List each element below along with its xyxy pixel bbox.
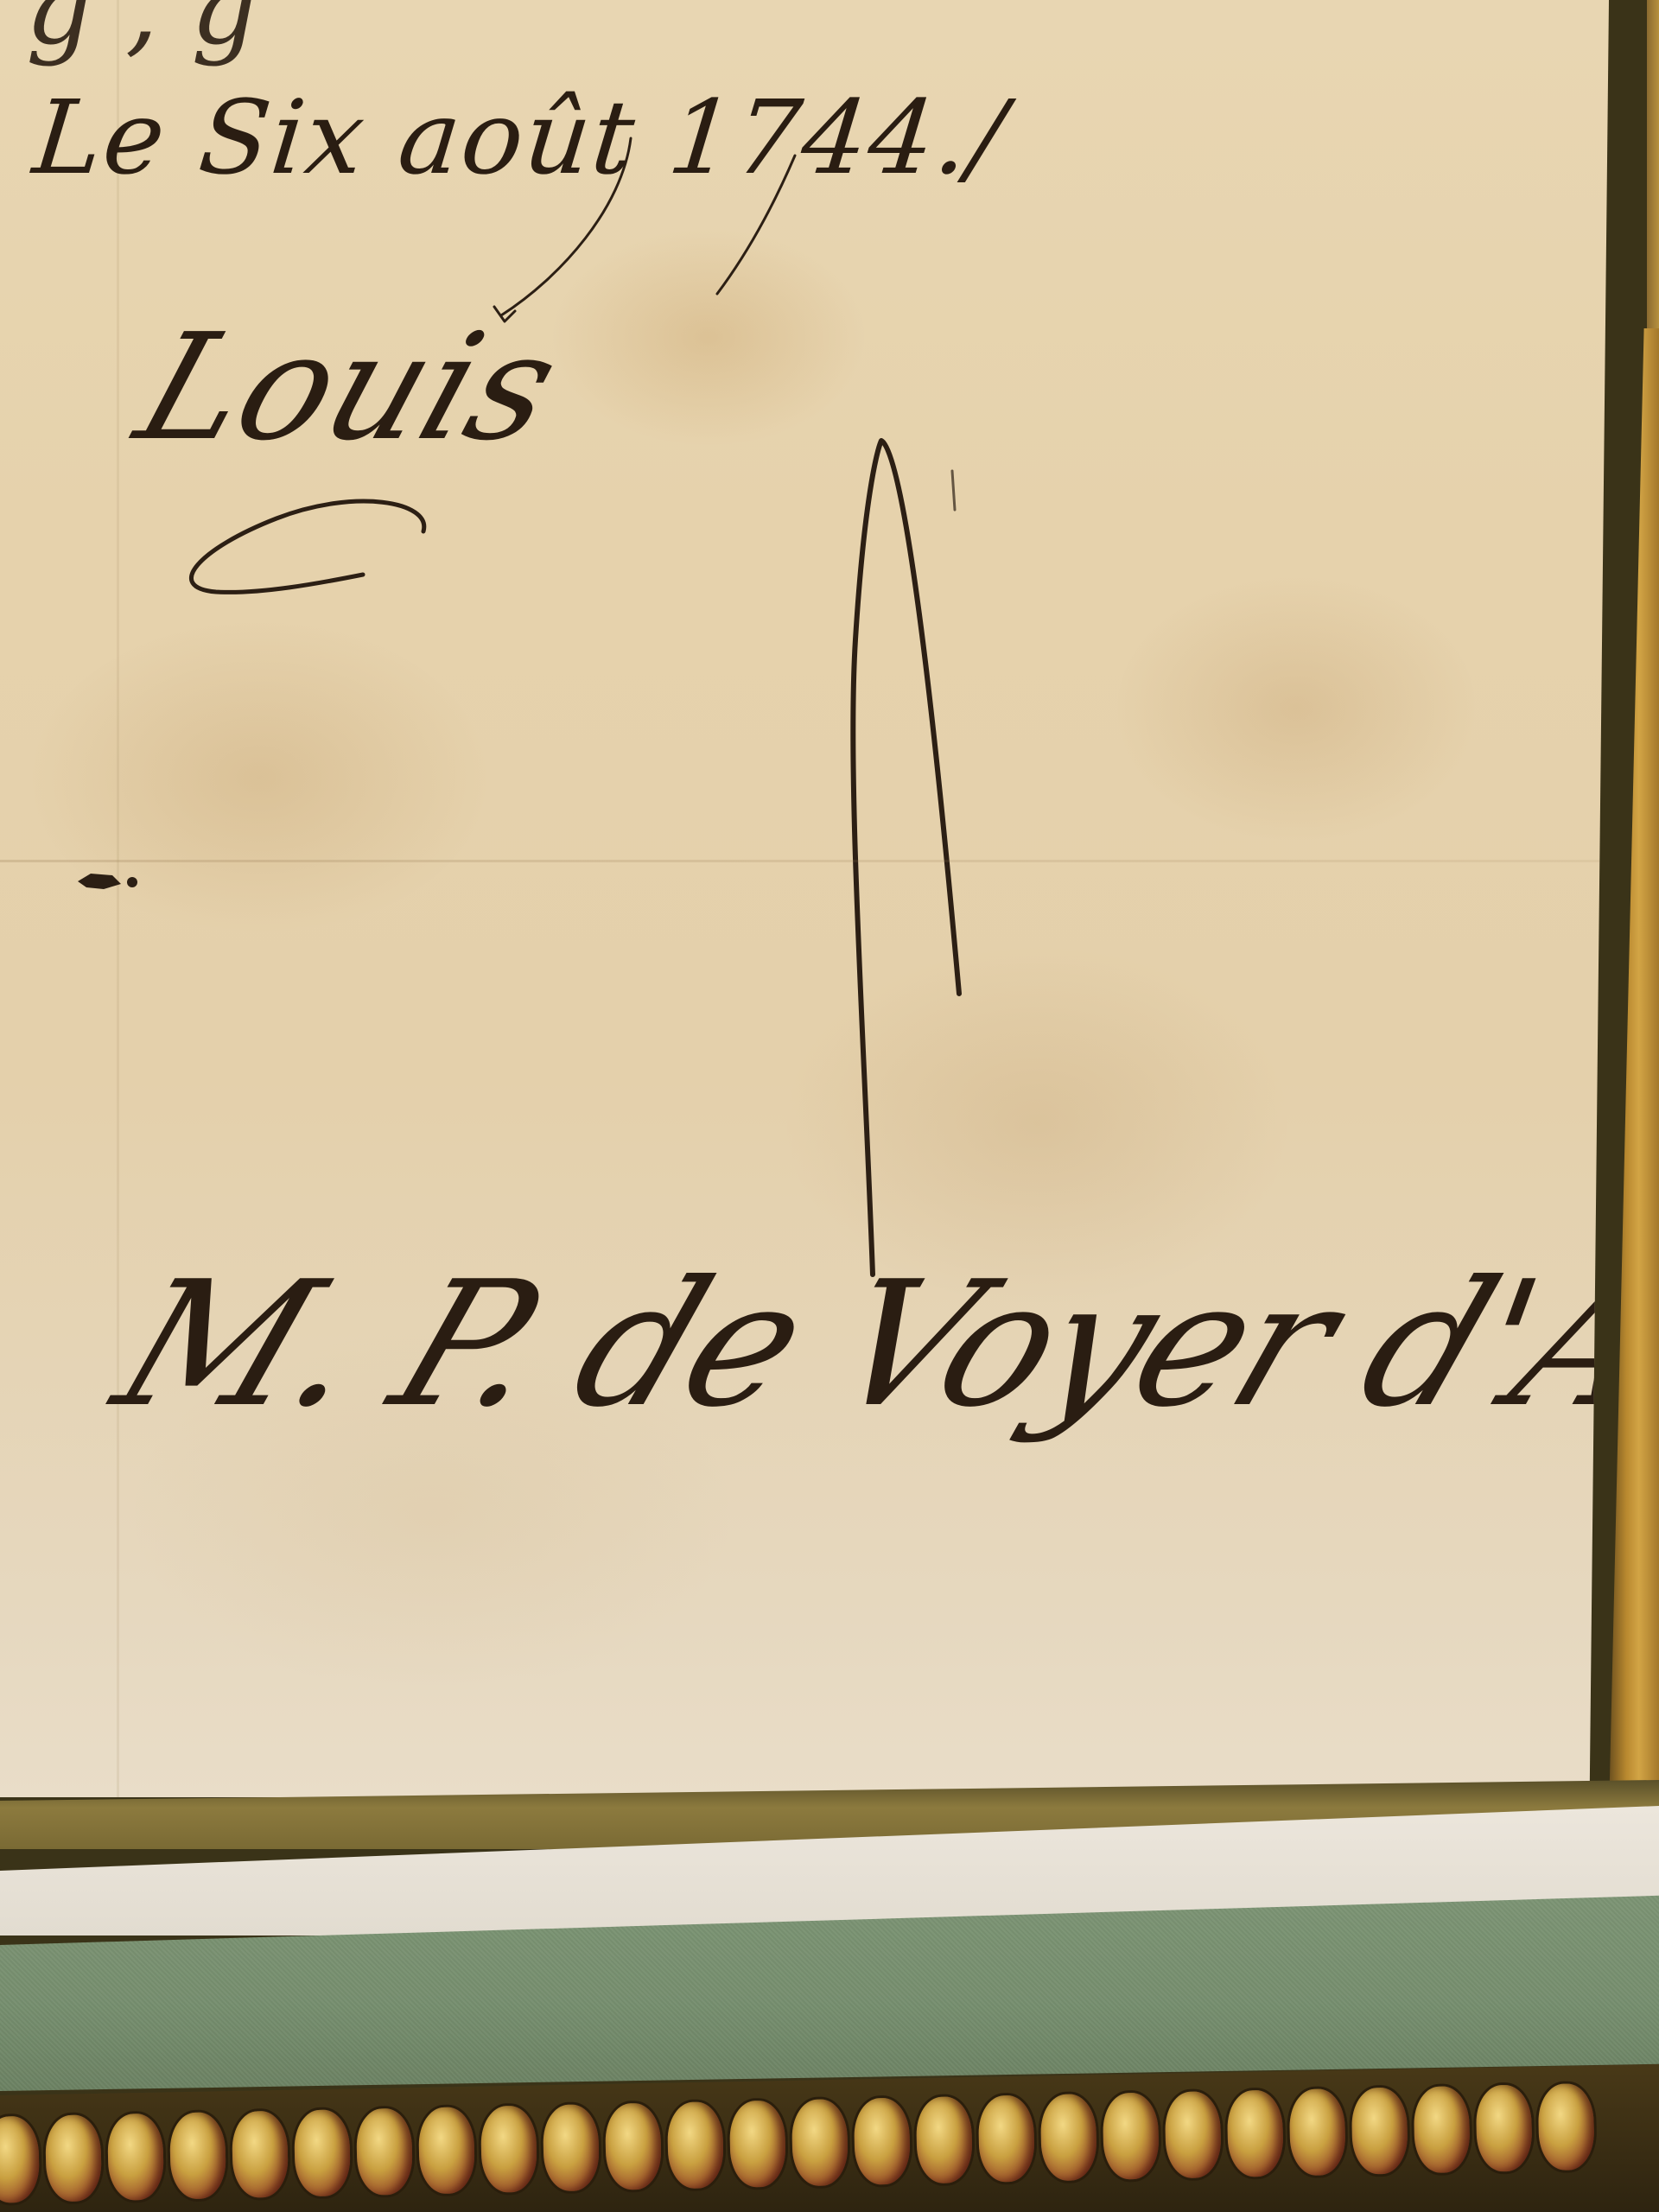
bead-ornament [1351, 2087, 1408, 2174]
bead-ornament [729, 2101, 786, 2188]
bead-ornament [418, 2107, 475, 2194]
bead-ornament [605, 2103, 662, 2190]
bead-ornament [916, 2096, 973, 2183]
bead-ornament [1227, 2090, 1284, 2177]
bead-ornament [294, 2109, 351, 2196]
bead-ornament [667, 2101, 724, 2189]
bead-ornament [45, 2114, 102, 2202]
countersignature: M. P. de Voyer d'Argenson [93, 1244, 1659, 1446]
bead-ornament [1476, 2084, 1533, 2171]
bead-ornament [978, 2095, 1035, 2183]
bead-ornament [1538, 2083, 1595, 2171]
bead-ornament [356, 2108, 413, 2196]
bead-ornament [1165, 2091, 1222, 2178]
frame-edge-right-top [1647, 0, 1659, 346]
bead-ornament [232, 2111, 289, 2198]
bead-ornament [854, 2098, 911, 2185]
bead-ornament [1040, 2094, 1097, 2181]
bead-ornament [1414, 2086, 1471, 2173]
gilt-frame-right [1609, 328, 1659, 1815]
text-fragment-top: g , g [26, 0, 257, 68]
insertion-mark-icon [484, 130, 881, 328]
bead-ornament [169, 2112, 226, 2199]
bead-ornament [791, 2099, 849, 2186]
bead-ornament [0, 2116, 40, 2203]
bead-row [0, 2082, 1659, 2212]
parchment-sheet: g , g Le Six août 1744./ Louis M. P. de … [0, 0, 1609, 1797]
bead-ornament [480, 2106, 537, 2193]
bead-ornament [1289, 2088, 1346, 2176]
bead-ornament [107, 2113, 164, 2201]
signature-flourish-icon [164, 484, 449, 605]
bead-ornament [543, 2104, 600, 2191]
framed-document: g , g Le Six août 1744./ Louis M. P. de … [0, 0, 1659, 2212]
bead-ornament [1103, 2093, 1160, 2180]
paraph-stroke-icon [829, 432, 1002, 1287]
ink-blot-icon [73, 868, 143, 894]
